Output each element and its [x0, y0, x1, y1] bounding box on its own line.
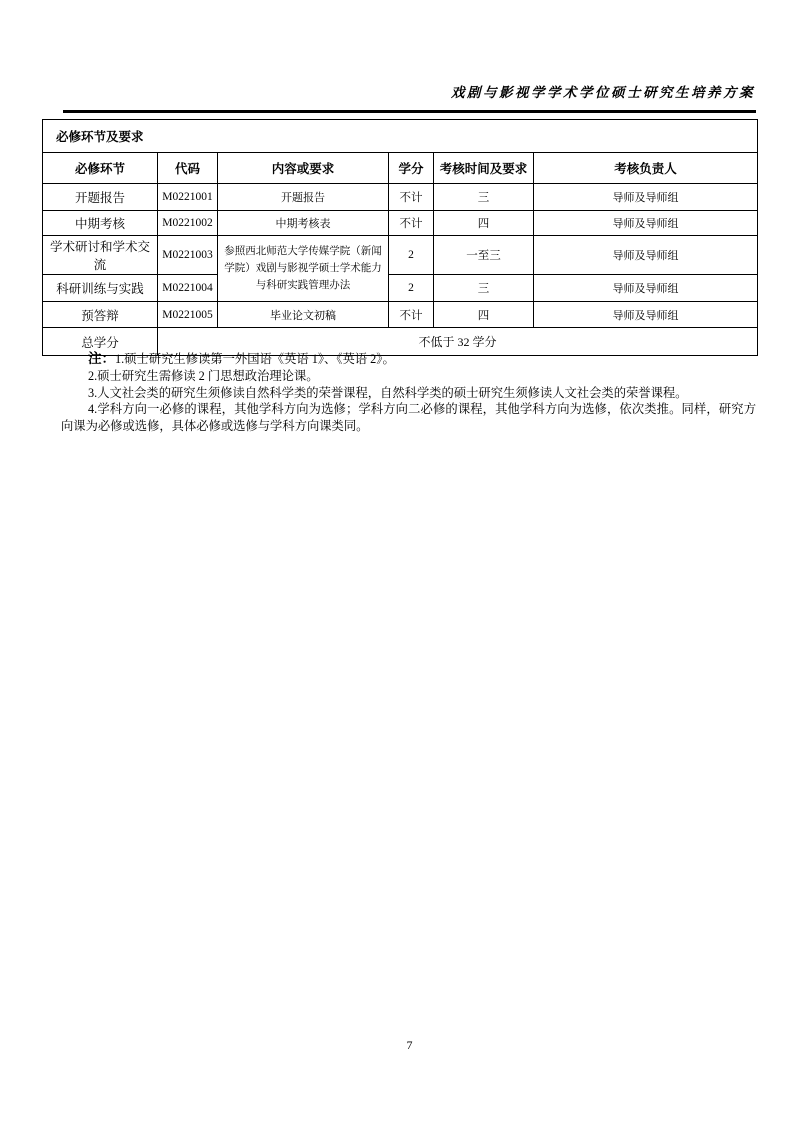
- cell-credit: 2: [389, 275, 434, 302]
- cell-credit: 不计: [389, 302, 434, 328]
- cell-code: M0221002: [158, 211, 218, 236]
- document-page: 戏剧与影视学学术学位硕士研究生培养方案 必修环节及要求 必修环节 代码 内容或要…: [0, 0, 799, 1131]
- cell-time: 四: [434, 211, 534, 236]
- cell-credit: 不计: [389, 211, 434, 236]
- cell-content: 中期考核表: [218, 211, 389, 236]
- cell-credit: 2: [389, 236, 434, 275]
- header-rule: [63, 110, 756, 113]
- cell-code: M0221003: [158, 236, 218, 275]
- col-header-credit: 学分: [389, 153, 434, 184]
- col-header-time: 考核时间及要求: [434, 153, 534, 184]
- col-header-content: 内容或要求: [218, 153, 389, 184]
- cell-time: 三: [434, 184, 534, 211]
- table-title-row: 必修环节及要求: [43, 120, 758, 153]
- cell-responsible: 导师及导师组: [534, 275, 758, 302]
- cell-responsible: 导师及导师组: [534, 184, 758, 211]
- note-label: 注：: [88, 351, 115, 366]
- cell-responsible: 导师及导师组: [534, 302, 758, 328]
- table-row: 中期考核 M0221002 中期考核表 不计 四 导师及导师组: [43, 211, 758, 236]
- cell-segment: 中期考核: [43, 211, 158, 236]
- table-row: 学术研讨和学术交流 M0221003 参照西北师范大学传媒学院（新闻学院）戏剧与…: [43, 236, 758, 275]
- page-number: 7: [0, 1038, 799, 1053]
- cell-responsible: 导师及导师组: [534, 236, 758, 275]
- note-item-1: 注：1.硕士研究生修读第一外国语《英语 1》、《英语 2》。: [61, 351, 756, 368]
- cell-time: 三: [434, 275, 534, 302]
- note-item-3: 3.人文社会类的研究生须修读自然科学类的荣誉课程，自然科学类的硕士研究生须修读人…: [61, 385, 756, 402]
- col-header-code: 代码: [158, 153, 218, 184]
- cell-segment: 科研训练与实践: [43, 275, 158, 302]
- cell-content: 毕业论文初稿: [218, 302, 389, 328]
- cell-code: M0221004: [158, 275, 218, 302]
- required-segments-table-wrap: 必修环节及要求 必修环节 代码 内容或要求 学分 考核时间及要求 考核负责人 开…: [42, 119, 758, 356]
- cell-credit: 不计: [389, 184, 434, 211]
- cell-content-merged: 参照西北师范大学传媒学院（新闻学院）戏剧与影视学硕士学术能力与科研实践管理办法: [218, 236, 389, 302]
- table-row: 科研训练与实践 M0221004 2 三 导师及导师组: [43, 275, 758, 302]
- notes-section: 注：1.硕士研究生修读第一外国语《英语 1》、《英语 2》。 2.硕士研究生需修…: [61, 351, 756, 435]
- note-text-1: 1.硕士研究生修读第一外国语《英语 1》、《英语 2》。: [115, 352, 395, 366]
- table-header-row: 必修环节 代码 内容或要求 学分 考核时间及要求 考核负责人: [43, 153, 758, 184]
- cell-segment: 预答辩: [43, 302, 158, 328]
- document-header-title: 戏剧与影视学学术学位硕士研究生培养方案: [451, 81, 755, 101]
- col-header-responsible: 考核负责人: [534, 153, 758, 184]
- note-item-2: 2.硕士研究生需修读 2 门思想政治理论课。: [61, 368, 756, 385]
- table-title: 必修环节及要求: [43, 120, 758, 153]
- col-header-segment: 必修环节: [43, 153, 158, 184]
- cell-code: M0221005: [158, 302, 218, 328]
- cell-time: 四: [434, 302, 534, 328]
- cell-content: 开题报告: [218, 184, 389, 211]
- required-segments-table: 必修环节及要求 必修环节 代码 内容或要求 学分 考核时间及要求 考核负责人 开…: [42, 119, 758, 356]
- cell-segment: 学术研讨和学术交流: [43, 236, 158, 275]
- cell-time: 一至三: [434, 236, 534, 275]
- cell-code: M0221001: [158, 184, 218, 211]
- table-row: 开题报告 M0221001 开题报告 不计 三 导师及导师组: [43, 184, 758, 211]
- table-row: 预答辩 M0221005 毕业论文初稿 不计 四 导师及导师组: [43, 302, 758, 328]
- note-item-4: 4.学科方向一必修的课程，其他学科方向为选修；学科方向二必修的课程，其他学科方向…: [61, 401, 756, 435]
- cell-responsible: 导师及导师组: [534, 211, 758, 236]
- cell-segment: 开题报告: [43, 184, 158, 211]
